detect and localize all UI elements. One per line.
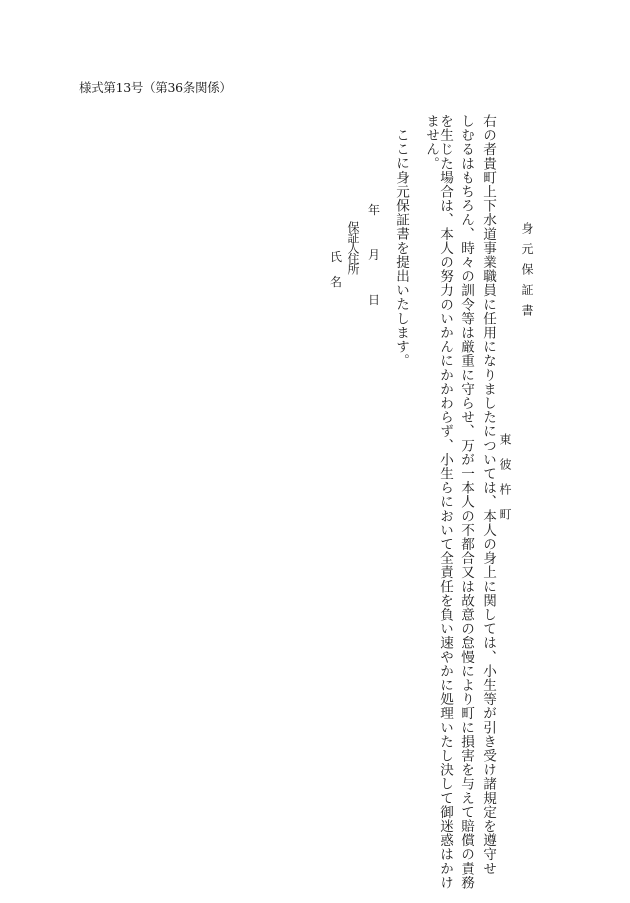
document-page: 様式第13号（第36条関係） 身元保証書 右の者貴町上下水道事業職員に任用になり… (0, 0, 630, 903)
recipient-town: 東彼杵町 (498, 433, 512, 533)
form-number-label: 様式第13号（第36条関係） (79, 80, 232, 96)
body-line-4: ません。 (424, 114, 438, 170)
body-line-3: を生じた場合は、本人の努力のいかんにかかわらず、小生らにおいて全責任を負い速やか… (438, 114, 452, 890)
guarantor-address-label: 保証人住所 (347, 221, 359, 274)
body-line-1: 右の者貴町上下水道事業職員に任用になりましたについては、本人の身上に関しては、小… (481, 114, 495, 875)
body-line-2: しむるはもちろん、時々の訓令等は厳重に守らせ、万が一本人の不都合又は故意の怠慢に… (459, 114, 473, 890)
guarantor-name-label-1: 氏 (330, 250, 342, 264)
closing-statement: ここに身元保証書を提出いたします。 (394, 128, 408, 368)
guarantor-name-label-2: 名 (330, 275, 342, 289)
document-title: 身元保証書 (520, 222, 534, 325)
date-day-label: 日 (368, 293, 380, 307)
date-month-label: 月 (368, 248, 380, 262)
date-year-label: 年 (368, 203, 380, 217)
